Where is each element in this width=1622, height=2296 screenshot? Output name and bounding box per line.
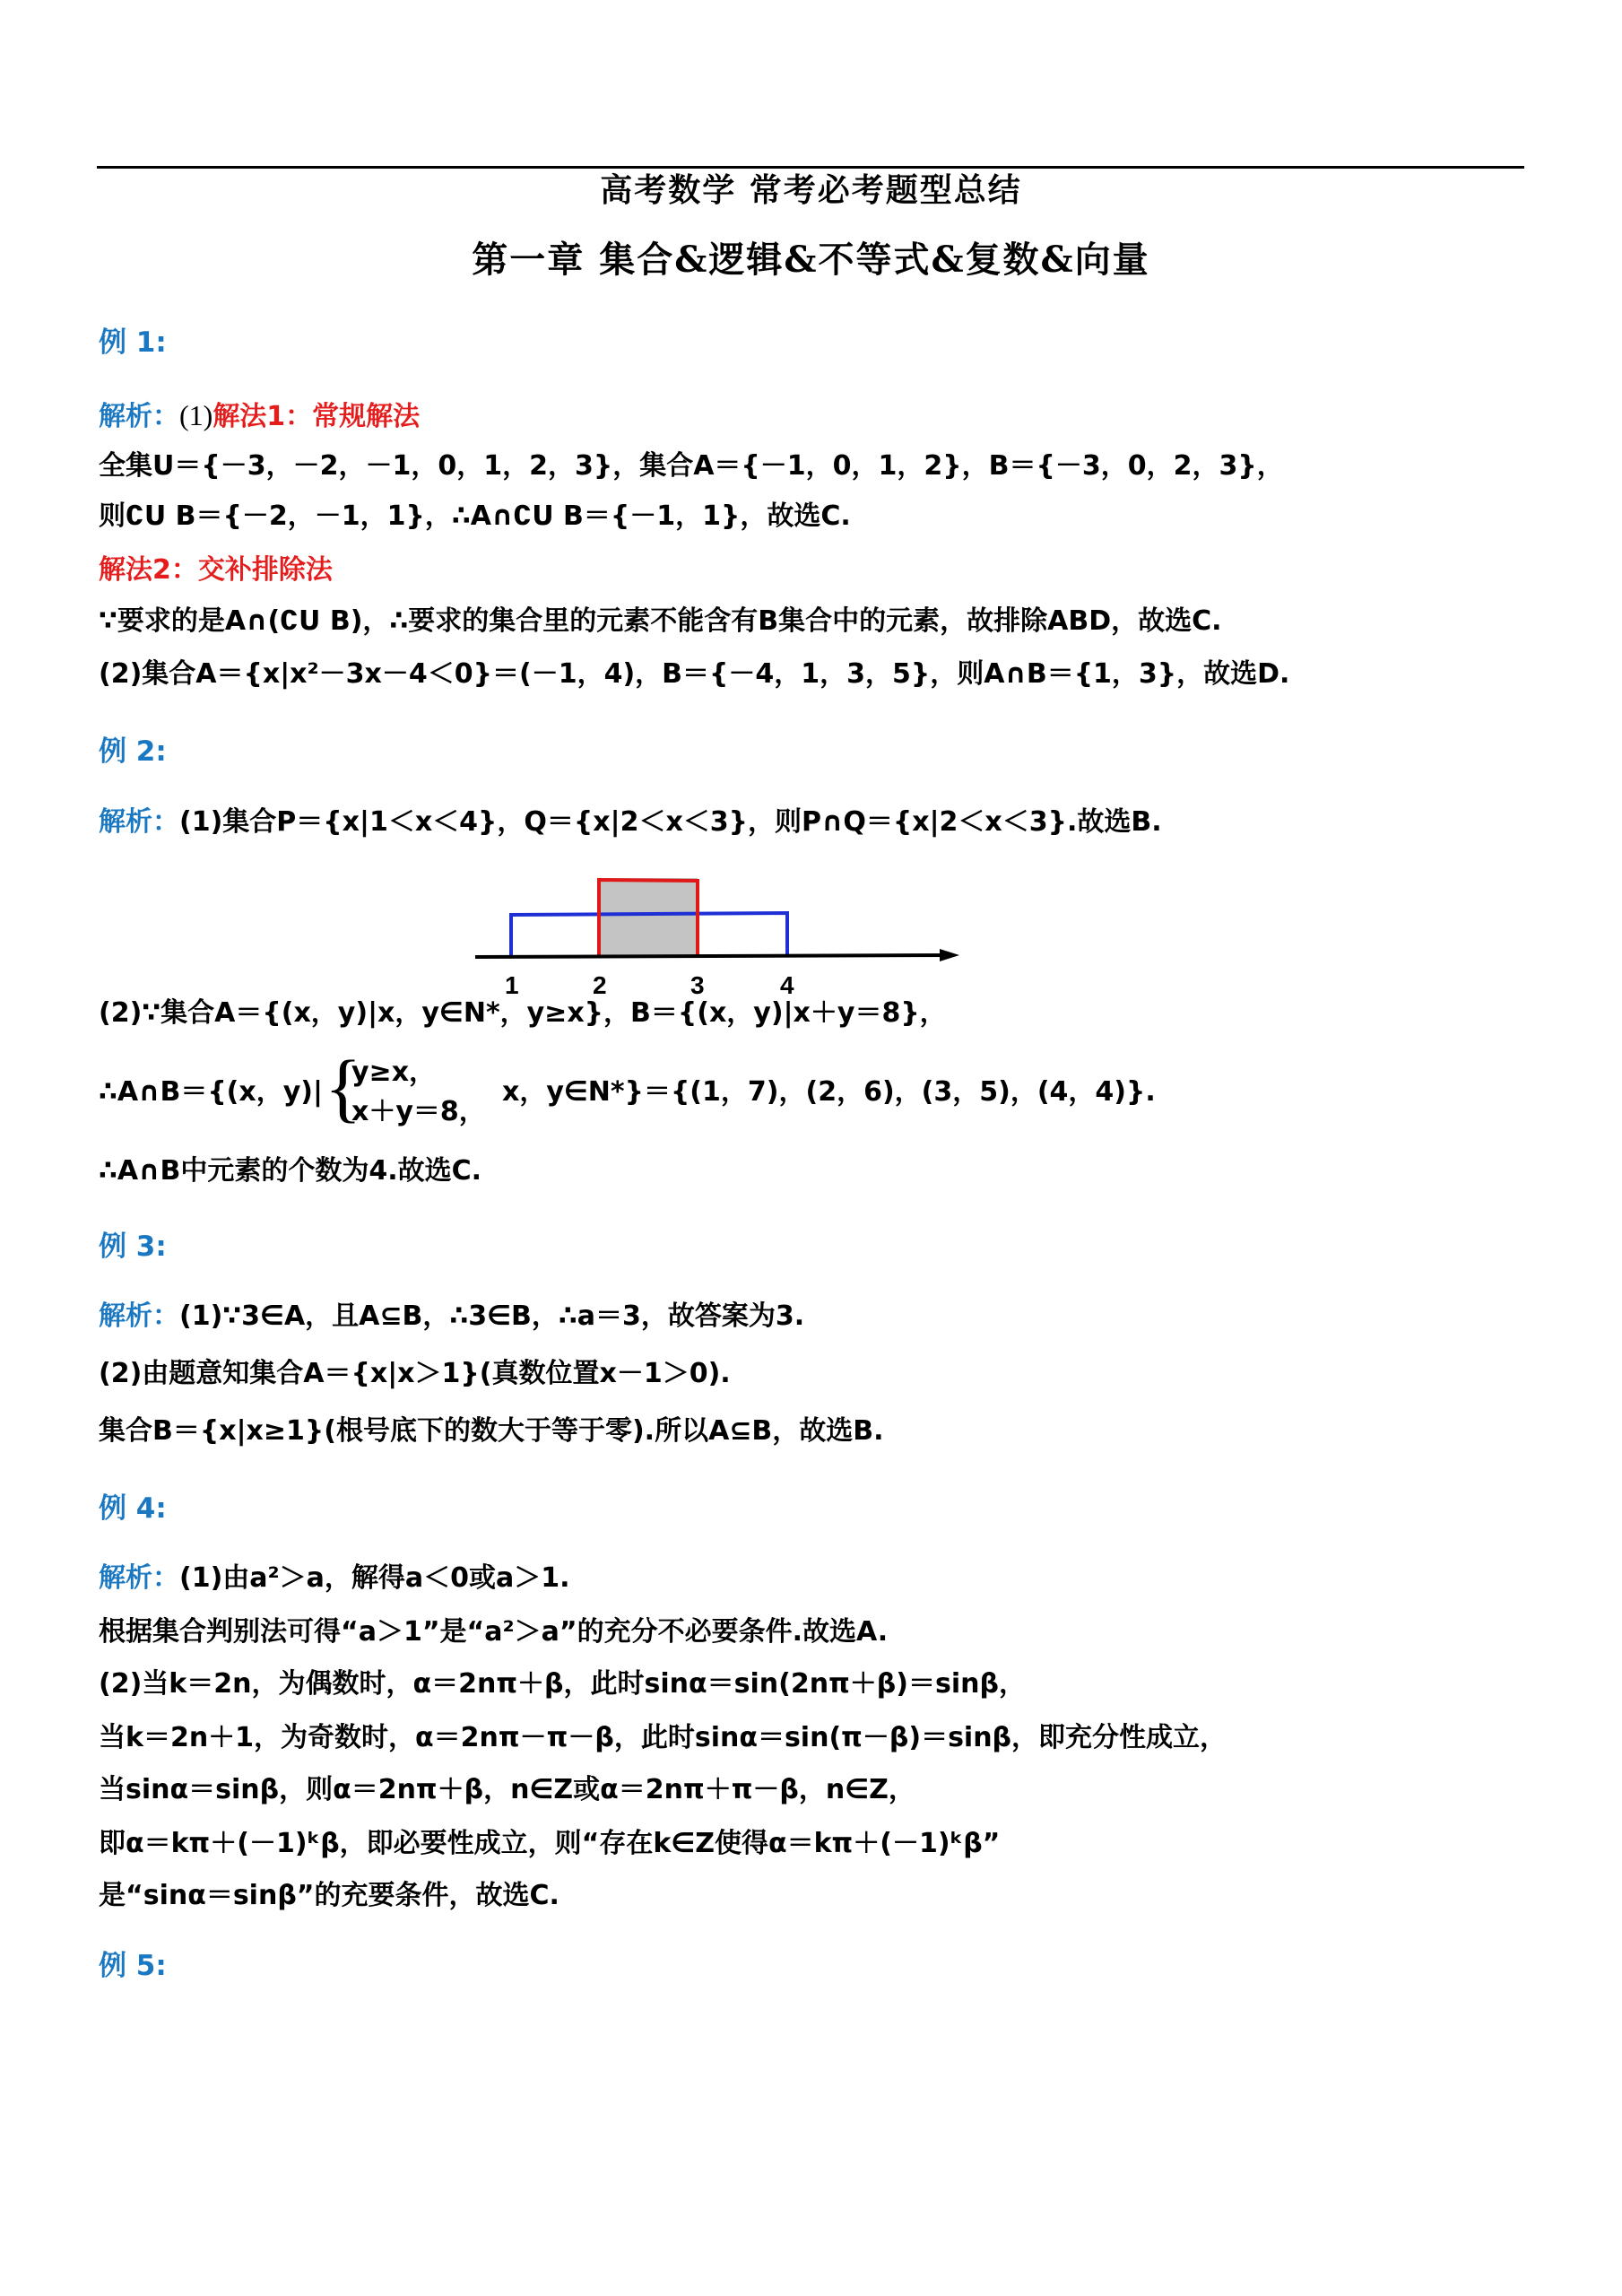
number-line-diagram: 1 2 3 4 <box>448 865 986 1000</box>
example-1-line-6: (2)集合A＝{x|x²－3x－4＜0}＝(－1，4)，B＝{－4，1，3，5}… <box>99 657 1289 692</box>
example-3-line-3: 集合B＝{x|x≥1}(根号底下的数大于等于零).所以A⊆B，故选B. <box>99 1413 884 1449</box>
example-4-label: 例 4: <box>99 1491 167 1526</box>
example-1-line-5: ∵要求的是A∩(∁U B)，∴要求的集合里的元素不能含有B集合中的元素，故排除A… <box>99 604 1222 639</box>
analysis-label: 解析： <box>99 1562 179 1594</box>
example-3-analysis-line-1: 解析：(1)∵3∈A，且A⊆B，∴3∈B，∴a＝3，故答案为3. <box>99 1299 804 1335</box>
number-axis <box>475 955 950 957</box>
intersection-shade <box>599 878 698 956</box>
example-4-line-2: 根据集合判别法可得“a＞1”是“a²＞a”的充分不必要条件.故选A. <box>99 1614 888 1650</box>
analysis-label: 解析： <box>99 806 179 838</box>
example-1-line-3: 则∁U B＝{－2，－1，1}，∴A∩∁U B＝{－1，1}，故选C. <box>99 499 851 535</box>
chapter-title: 第一章 集合&逻辑&不等式&复数&向量 <box>0 231 1622 283</box>
page-title: 高考数学 常考必考题型总结 <box>0 165 1622 211</box>
example-4-line-5: 当sinα＝sinβ，则α＝2nπ＋β，n∈Z或α＝2nπ＋π－β，n∈Z， <box>99 1772 915 1808</box>
method-2-label: 解法2：交补排除法 <box>99 552 333 588</box>
example-3-label: 例 3: <box>99 1229 167 1265</box>
analysis-label: 解析： <box>99 1300 179 1332</box>
axis-arrow-icon <box>940 949 959 961</box>
example-2-line-2: (2)∵集合A＝{(x，y)|x，y∈N*，y≥x}，B＝{(x，y)|x＋y＝… <box>99 996 947 1031</box>
analysis-label: 解析： <box>99 401 179 432</box>
example-2-label: 例 2: <box>99 734 167 770</box>
example-4-analysis-line-1: 解析：(1)由a²＞a，解得a＜0或a＞1. <box>99 1561 570 1596</box>
example-4-line-3: (2)当k＝2n，为偶数时，α＝2nπ＋β，此时sinα＝sin(2nπ＋β)＝… <box>99 1666 1026 1702</box>
example-4-line-4: 当k＝2n＋1，为奇数时，α＝2nπ－π－β，此时sinα＝sin(π－β)＝s… <box>99 1720 1227 1756</box>
method-1-label: 解法1：常规解法 <box>213 401 420 432</box>
example-2-analysis-line-1: 解析：(1)集合P＝{x|1＜x＜4}，Q＝{x|2＜x＜3}，则P∩Q＝{x|… <box>99 804 1162 840</box>
example-1-analysis-line-1: 解析：(1)解法1：常规解法 <box>99 397 420 435</box>
example-1-line-2: 全集U＝{－3，－2，－1，0，1，2，3}，集合A＝{－1，0，1，2}，B＝… <box>99 448 1284 484</box>
example-5-label: 例 5: <box>99 1948 167 1984</box>
example-1-label: 例 1: <box>99 325 167 361</box>
example-3-line-2: (2)由题意知集合A＝{x|x＞1}(真数位置x－1＞0). <box>99 1356 731 1392</box>
example-4-line-6: 即α＝kπ＋(－1)ᵏβ，即必要性成立，则“存在k∈Z使得α＝kπ＋(－1)ᵏβ… <box>99 1826 1000 1862</box>
example-2-line-4: ∴A∩B中元素的个数为4.故选C. <box>99 1153 481 1189</box>
example-4-line-7: 是“sinα＝sinβ”的充要条件，故选C. <box>99 1878 559 1914</box>
